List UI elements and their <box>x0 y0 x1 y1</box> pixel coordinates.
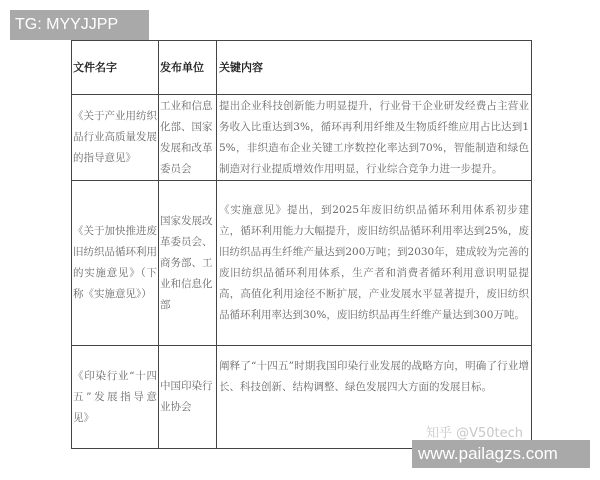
header-publisher: 发布单位 <box>159 41 217 95</box>
table-row: 《关于产业用纺织品行业高质量发展的指导意见》 工业和信息化部、国家发展和改革委员… <box>72 95 532 181</box>
doc-name-cell: 《关于加快推进废旧纺织品循环利用的实施意见》（下称《实施意见》） <box>72 181 159 346</box>
table-row: 《印染行业“十四五”发展指导意见》 中国印染行业协会 阐释了“十四五”时期我国印… <box>72 346 532 449</box>
header-doc-name: 文件名字 <box>72 41 159 95</box>
publisher-cell: 中国印染行业协会 <box>159 346 217 449</box>
doc-name-cell: 《印染行业“十四五”发展指导意见》 <box>72 346 159 449</box>
content-cell: 提出企业科技创新能力明显提升，行业骨干企业研发经费占主营业务收入比重达到3%，循… <box>217 95 532 181</box>
publisher-cell: 国家发展改革委员会、商务部、工业和信息化部 <box>159 181 217 346</box>
policy-table: 文件名字 发布单位 关键内容 《关于产业用纺织品行业高质量发展的指导意见》 工业… <box>71 40 532 449</box>
table-row: 《关于加快推进废旧纺织品循环利用的实施意见》（下称《实施意见》） 国家发展改革委… <box>72 181 532 346</box>
header-key-content: 关键内容 <box>217 41 532 95</box>
table-header-row: 文件名字 发布单位 关键内容 <box>72 41 532 95</box>
doc-name-cell: 《关于产业用纺织品行业高质量发展的指导意见》 <box>72 95 159 181</box>
content-text: 阐释了“十四五”时期我国印染行业发展的战略方向，明确了行业增长、科技创新、结构调… <box>219 360 529 393</box>
watermark-bottom: www.pailagzs.com <box>412 440 590 468</box>
content-cell: 《实施意见》提出，到2025年废旧纺织品循环利用体系初步建立，循环利用能力大幅提… <box>217 181 532 346</box>
content-cell: 阐释了“十四五”时期我国印染行业发展的战略方向，明确了行业增长、科技创新、结构调… <box>217 346 532 449</box>
watermark-top: TG: MYYJJPP <box>10 10 149 40</box>
publisher-cell: 工业和信息化部、国家发展和改革委员会 <box>159 95 217 181</box>
